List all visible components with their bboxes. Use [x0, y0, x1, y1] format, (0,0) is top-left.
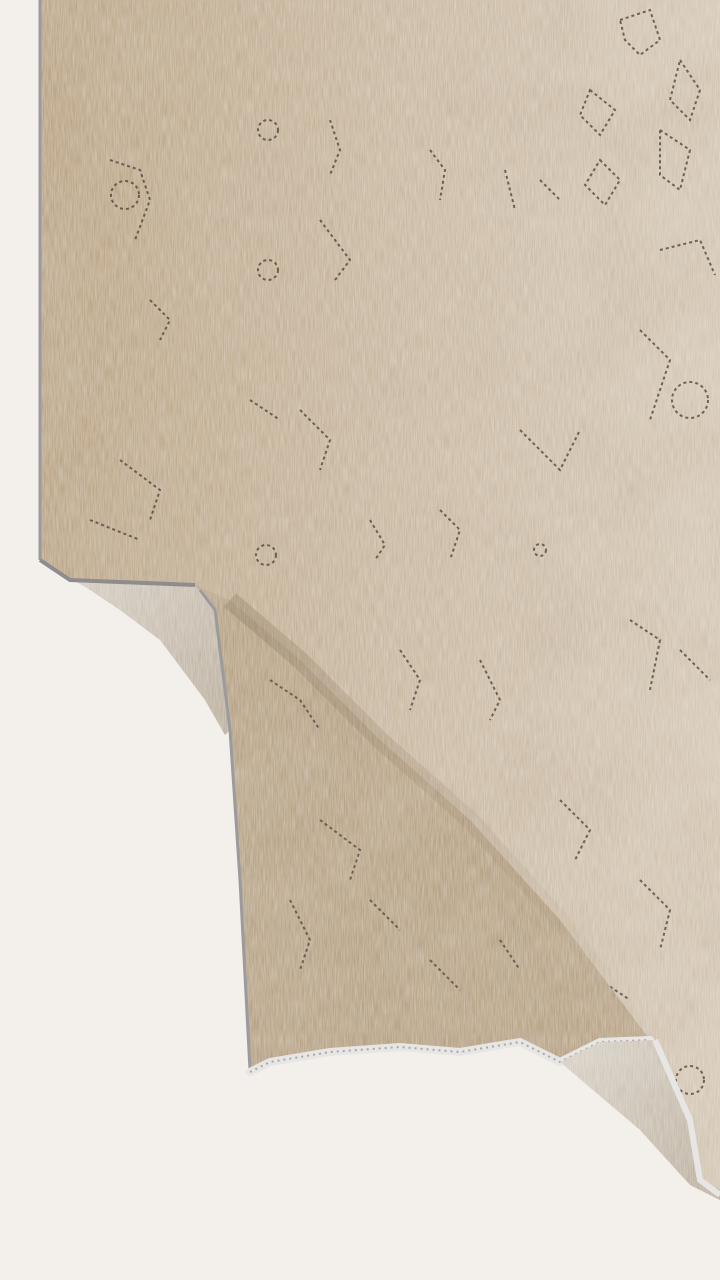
photo-scene [0, 0, 720, 1280]
rug-illustration [0, 0, 720, 1280]
